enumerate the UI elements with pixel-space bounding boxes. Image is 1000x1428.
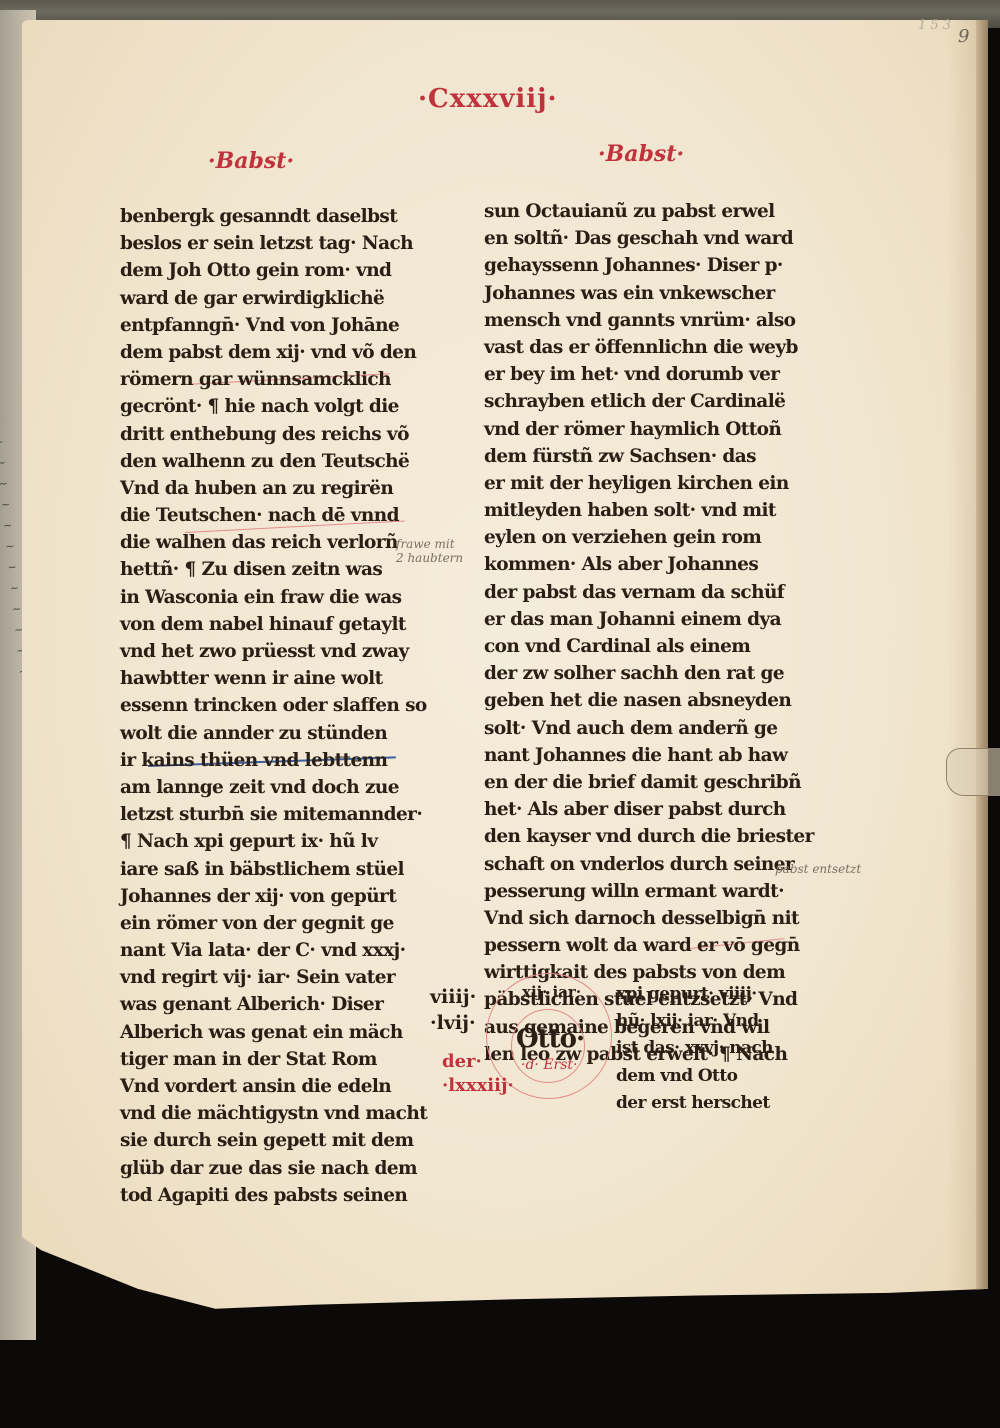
roundel-number: ·lvij· (430, 1010, 476, 1036)
text-line: schrayben etlich der Cardinalë (484, 388, 814, 415)
text-line: vnd het zwo prüesst vnd zway (120, 638, 427, 665)
text-line: essenn trincken oder slaffen so (120, 692, 427, 719)
text-line: en der die brief damit geschribñ (484, 769, 814, 796)
text-line: wolt die annder zu stünden (120, 720, 427, 747)
text-line: ein römer von der gegnit ge (120, 910, 427, 937)
text-line: eylen on verziehen gein rom (484, 524, 814, 551)
marginal-note-outer: pabst entsetzt (775, 862, 861, 876)
marginal-note-inner: frawe mit 2 haubtern (396, 537, 463, 565)
text-line: hũ· lxij· iar· Vnd (616, 1008, 773, 1035)
text-line: gecrönt· ¶ hie nach volgt die (120, 393, 427, 420)
text-line: mensch vnd gannts vnrüm· also (484, 307, 814, 334)
text-column-left: benbergk gesanndt daselbst beslos er sei… (120, 203, 427, 1209)
text-line: er bey im het· vnd dorumb ver (484, 361, 814, 388)
text-line: vnd der römer haymlich Ottoñ (484, 416, 814, 443)
text-line: ir kains thüen vnd lebttenn (120, 747, 427, 774)
text-line: vast das er öffennlichn die weyb (484, 334, 814, 361)
roundel-red-label: der· (442, 1050, 514, 1074)
page-fore-edge (976, 20, 988, 1320)
text-line: solt· Vnd auch dem anderñ ge (484, 715, 814, 742)
roundel-left-red-text: der· ·lxxxiij· (442, 1050, 514, 1098)
text-line: geben het die nasen absneyden (484, 687, 814, 714)
text-line: tod Agapiti des pabsts seinen (120, 1182, 427, 1209)
text-line: hettñ· ¶ Zu disen zeitn was (120, 556, 427, 583)
text-line: nant Via lata· der C· vnd xxxj· (120, 937, 427, 964)
text-line: letzst sturbn̄ sie mitemannder· (120, 801, 427, 828)
roundel-name: Otto· (516, 1024, 584, 1054)
marginal-note-line: 2 haubtern (396, 551, 463, 565)
text-line: glüb dar zue das sie nach dem (120, 1155, 427, 1182)
text-line: in Wasconia ein fraw die was (120, 584, 427, 611)
roundel-years: xij· iar· (522, 983, 581, 1001)
text-line: am lannge zeit vnd doch zue (120, 774, 427, 801)
text-line: schaft on vnderlos durch seiner (484, 851, 814, 878)
text-line: der pabst das vernam da schüf (484, 579, 814, 606)
text-line: iare saß in bäbstlichem stüel (120, 856, 427, 883)
text-line: dem pabst dem xij· vnd võ den (120, 339, 427, 366)
text-line: von dem nabel hinauf getaylt (120, 611, 427, 638)
text-line: tiger man in der Stat Rom (120, 1046, 427, 1073)
text-line: dritt enthebung des reichs võ (120, 421, 427, 448)
text-line: en soltñ· Das geschah vnd ward (484, 225, 814, 252)
text-line: Vnd da huben an zu regirën (120, 475, 427, 502)
text-line: dem Joh Otto gein rom· vnd (120, 257, 427, 284)
text-line: den walhenn zu den Teutschë (120, 448, 427, 475)
text-line: nant Johannes die hant ab haw (484, 742, 814, 769)
text-line: Alberich was genat ein mäch (120, 1019, 427, 1046)
running-head-left: ·Babst· (208, 148, 294, 174)
text-column-right: sun Octauianũ zu pabst erwel en soltñ· D… (484, 198, 814, 1068)
text-line: con vnd Cardinal als einem (484, 633, 814, 660)
text-line: den kayser vnd durch die briester (484, 823, 814, 850)
text-line: der erst herschet (616, 1090, 773, 1117)
text-line: het· Als aber diser pabst durch (484, 796, 814, 823)
text-line: entpfanngn̄· Vnd von Johāne (120, 312, 427, 339)
text-line: Johannes der xij· von gepürt (120, 883, 427, 910)
text-line: Vnd vordert ansin die edeln (120, 1073, 427, 1100)
text-line: ist das· xxvj· nach (616, 1035, 773, 1062)
text-line: beslos er sein letzst tag· Nach (120, 230, 427, 257)
text-line: Vnd sich darnoch desselbign̄ nit (484, 905, 814, 932)
text-line: kommen· Als aber Johannes (484, 551, 814, 578)
text-line: sun Octauianũ zu pabst erwel (484, 198, 814, 225)
text-line: pesserung willn ermant wardt· (484, 878, 814, 905)
text-line: römern gar wünnsamcklich (120, 366, 427, 393)
text-line: vnd die mächtigystn vnd macht (120, 1100, 427, 1127)
running-number: ·Cxxxviij· (418, 84, 558, 114)
folio-number-faint: 1 5 3 (918, 18, 951, 33)
roundel-left-numbers: viiij· ·lvij· (430, 984, 476, 1036)
text-line: sie durch sein gepett mit dem (120, 1127, 427, 1154)
text-line: ward de gar erwirdigklichë (120, 285, 427, 312)
text-line: was genant Alberich· Diser (120, 991, 427, 1018)
text-line: die Teutschen· nach dē vnnd (120, 502, 427, 529)
roundel-number: viiij· (430, 984, 476, 1010)
text-line: Johannes was ein vnkewscher (484, 280, 814, 307)
text-line: hawbtter wenn ir aine wolt (120, 665, 427, 692)
roundel-red-label: ·lxxxiij· (442, 1074, 514, 1098)
text-line: ¶ Nach xpi gepurt ix· hũ lv (120, 828, 427, 855)
text-line: der zw solher sachh den rat ge (484, 660, 814, 687)
folio-number: 9 (958, 26, 969, 47)
text-line: gehayssenn Johannes· Diser p· (484, 252, 814, 279)
text-line: dem vnd Otto (616, 1063, 773, 1090)
running-head-right: ·Babst· (598, 141, 684, 167)
text-beside-roundel: xpi gepurt· viiij· hũ· lxij· iar· Vnd is… (616, 981, 773, 1117)
text-line: die walhen das reich verlorñ (120, 529, 427, 556)
text-line: mitleyden haben solt· vnd mit (484, 497, 814, 524)
text-line: xpi gepurt· viiij· (616, 981, 773, 1008)
text-line: er das man Johanni einem dya (484, 606, 814, 633)
text-line: dem fürstñ zw Sachsen· das (484, 443, 814, 470)
bookmark-tab[interactable] (946, 748, 1000, 796)
text-line: pessern wolt da ward er vō gegn̄ (484, 932, 814, 959)
roundel-subtitle: ·d· Erst· (521, 1057, 578, 1073)
text-line: vnd regirt vij· iar· Sein vater (120, 964, 427, 991)
marginal-note-line: frawe mit (396, 537, 463, 551)
text-line: er mit der heyligen kirchen ein (484, 470, 814, 497)
text-line: benbergk gesanndt daselbst (120, 203, 427, 230)
